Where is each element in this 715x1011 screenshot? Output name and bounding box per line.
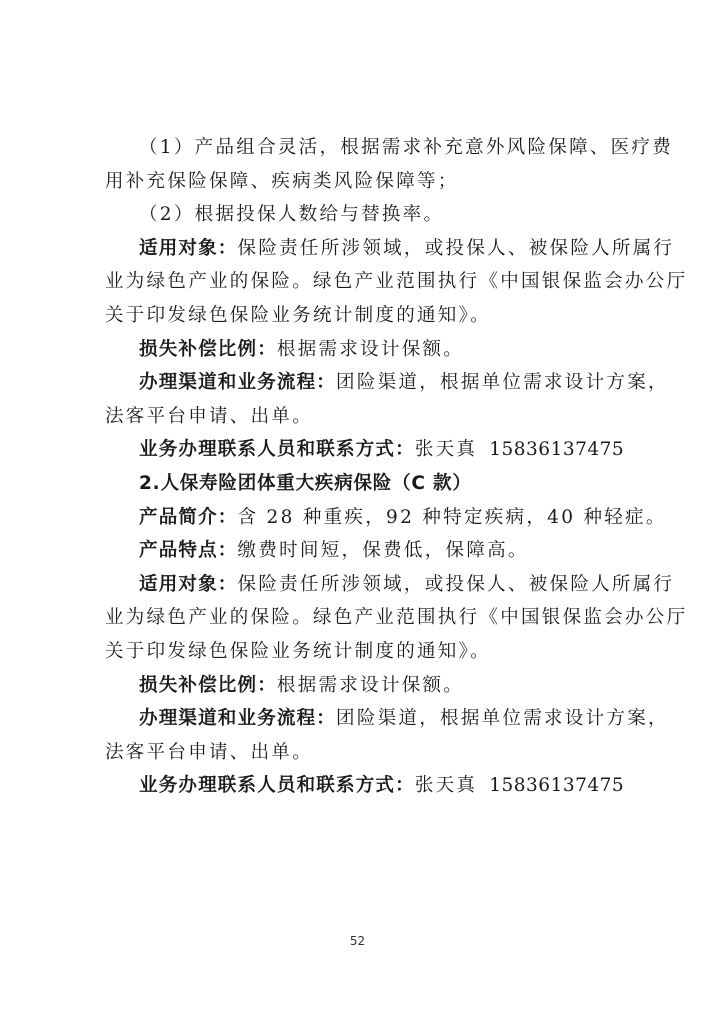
channel-process-1: 办理渠道和业务流程：团险渠道，根据单位需求设计方案，: [105, 366, 627, 400]
applicable-target-text: 保险责任所涉领域，或投保人、被保险人所属行: [238, 574, 675, 595]
page-number: 52: [0, 934, 715, 948]
contact-phone: 15836137475: [489, 775, 624, 796]
compensation-ratio-label: 损失补偿比例：: [139, 339, 277, 360]
channel-process-text: 团险渠道，根据单位需求设计方案，: [336, 372, 669, 393]
product-features-label: 产品特点：: [139, 540, 238, 561]
channel-process-2-line-2: 法客平台申请、出单。: [105, 736, 627, 770]
applicable-target-2: 适用对象：保险责任所涉领域，或投保人、被保险人所属行: [105, 568, 627, 602]
applicable-target-label: 适用对象：: [139, 574, 238, 595]
channel-process-2: 办理渠道和业务流程：团险渠道，根据单位需求设计方案，: [105, 702, 627, 736]
document-body: （1）产品组合灵活，根据需求补充意外风险保障、医疗费 用补充保险保障、疾病类风险…: [105, 131, 627, 803]
compensation-ratio-label: 损失补偿比例：: [139, 675, 277, 696]
channel-process-1-line-2: 法客平台申请、出单。: [105, 400, 627, 434]
item-1-line-2: 用补充保险保障、疾病类风险保障等；: [105, 165, 627, 199]
compensation-ratio-value: 根据需求设计保额。: [277, 675, 464, 696]
applicable-target-1-line-3: 关于印发绿色保险业务统计制度的通知》。: [105, 299, 627, 333]
product-features-value: 缴费时间短，保费低，保障高。: [238, 540, 529, 561]
channel-process-label: 办理渠道和业务流程：: [139, 708, 336, 729]
applicable-target-2-line-2: 业为绿色产业的保险。绿色产业范围执行《中国银保监会办公厅: [105, 601, 627, 635]
applicable-target-label: 适用对象：: [139, 238, 238, 259]
contact-name: 张天真: [415, 775, 477, 796]
applicable-target-1-line-2: 业为绿色产业的保险。绿色产业范围执行《中国银保监会办公厅: [105, 265, 627, 299]
applicable-target-2-line-3: 关于印发绿色保险业务统计制度的通知》。: [105, 635, 627, 669]
item-1-line-1: （1）产品组合灵活，根据需求补充意外风险保障、医疗费: [105, 131, 627, 165]
applicable-target-text: 保险责任所涉领域，或投保人、被保险人所属行: [238, 238, 675, 259]
contact-phone: 15836137475: [489, 439, 624, 460]
product-intro-value: 含 28 种重疾，92 种特定疾病，40 种轻症。: [238, 507, 667, 528]
product-features: 产品特点：缴费时间短，保费低，保障高。: [105, 534, 627, 568]
contact-label: 业务办理联系人员和联系方式：: [139, 775, 415, 796]
section-2-heading: 2.人保寿险团体重大疾病保险（C 款）: [105, 467, 627, 501]
contact-label: 业务办理联系人员和联系方式：: [139, 439, 415, 460]
contact-1: 业务办理联系人员和联系方式：张天真15836137475: [105, 433, 627, 467]
product-intro: 产品简介：含 28 种重疾，92 种特定疾病，40 种轻症。: [105, 501, 627, 535]
compensation-ratio-1: 损失补偿比例：根据需求设计保额。: [105, 333, 627, 367]
contact-name: 张天真: [415, 439, 477, 460]
channel-process-text: 团险渠道，根据单位需求设计方案，: [336, 708, 669, 729]
applicable-target-1: 适用对象：保险责任所涉领域，或投保人、被保险人所属行: [105, 232, 627, 266]
channel-process-label: 办理渠道和业务流程：: [139, 372, 336, 393]
compensation-ratio-2: 损失补偿比例：根据需求设计保额。: [105, 669, 627, 703]
compensation-ratio-value: 根据需求设计保额。: [277, 339, 464, 360]
product-intro-label: 产品简介：: [139, 507, 238, 528]
contact-2: 业务办理联系人员和联系方式：张天真15836137475: [105, 769, 627, 803]
item-2: （2）根据投保人数给与替换率。: [105, 198, 627, 232]
